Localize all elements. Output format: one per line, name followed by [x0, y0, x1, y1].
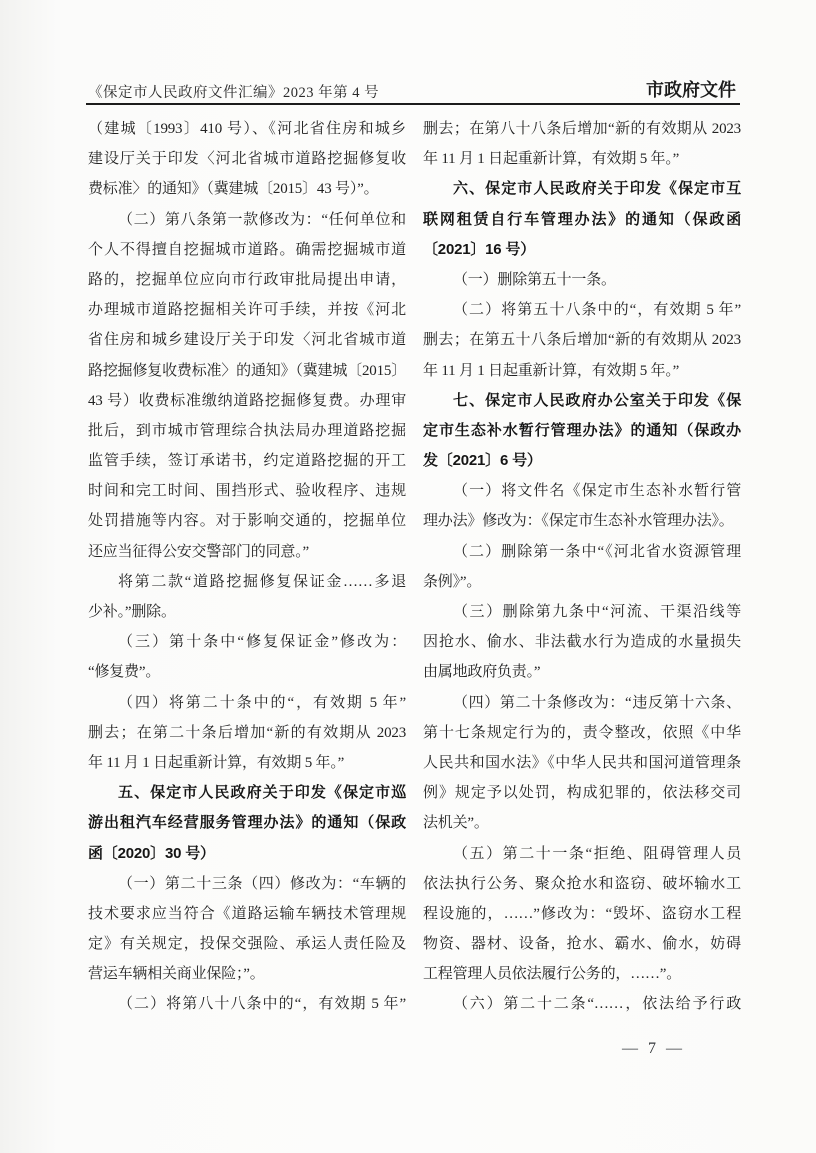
section-label: 市政府文件: [646, 76, 738, 102]
document-title-line: 游出租汽车经营服务管理办法》的通知（保政: [88, 808, 406, 838]
text-line: 时间和完工时间、围挡形式、验收程序、违规: [88, 476, 406, 506]
page-header: 《保定市人民政府文件汇编》2023 年第 4 号 市政府文件: [88, 76, 738, 102]
text-line: （一）将文件名《保定市生态补水暂行管: [423, 476, 741, 506]
text-line: 还应当征得公安交警部门的同意。”: [88, 537, 406, 567]
text-line: （二）将第五十八条中的“，有效期 5 年”: [423, 295, 741, 325]
document-title-line: 定市生态补水暂行管理办法》的通知（保政办: [423, 416, 741, 446]
text-line: 省住房和城乡建设厅关于印发〈河北省城市道: [88, 325, 406, 355]
text-line: 物资、器材、设备，抢水、霸水、偷水，妨碍: [423, 929, 741, 959]
text-line: 营运车辆相关商业保险；”。: [88, 959, 406, 989]
text-line: 43 号）收费标准缴纳道路挖掘修复费。办理审: [88, 386, 406, 416]
text-line: 将第二款“道路挖掘修复保证金……多退: [88, 567, 406, 597]
document-page: 《保定市人民政府文件汇编》2023 年第 4 号 市政府文件 （建城〔1993〕…: [0, 0, 816, 1153]
text-line: 删去；在第二十条后增加“新的有效期从 2023: [88, 718, 406, 748]
text-line: 第十七条规定行为的，责令整改，依照《中华: [423, 718, 741, 748]
text-line: （二）第八条第一款修改为：“任何单位和: [88, 205, 406, 235]
text-line: 定》有关规定，投保交强险、承运人责任险及: [88, 929, 406, 959]
text-line: 处罚措施等内容。对于影响交通的，挖掘单位: [88, 506, 406, 536]
text-line: （六）第二十二条“……，依法给予行政: [423, 989, 741, 1019]
text-line: （一）删除第五十一条。: [423, 265, 741, 295]
text-line: 路的，挖掘单位应向市行政审批局提出申请，: [88, 265, 406, 295]
text-line: （二）删除第一条中“《河北省水资源管理: [423, 537, 741, 567]
document-title-line: 〔2021〕16 号）: [423, 235, 741, 265]
text-line: 人民共和国水法》《中华人民共和国河道管理条: [423, 748, 741, 778]
document-title-line: 五、保定市人民政府关于印发《保定市巡: [88, 778, 406, 808]
text-line: 法机关”。: [423, 808, 741, 838]
text-line: 理办法》修改为：《保定市生态补水管理办法》。: [423, 506, 741, 536]
text-line: “修复费”。: [88, 657, 406, 687]
text-line: 个人不得擅自挖掘城市道路。确需挖掘城市道: [88, 235, 406, 265]
text-line: 技术要求应当符合《道路运输车辆技术管理规: [88, 899, 406, 929]
text-line: （建城〔1993〕410 号）、《河北省住房和城乡: [88, 114, 406, 144]
text-line: （三）删除第九条中“河流、干渠沿线等: [423, 597, 741, 627]
text-line: 路挖掘修复收费标准〉的通知》（冀建城〔2015〕: [88, 356, 406, 386]
text-line: 程设施的，……”修改为：“毁坏、盗窃水工程: [423, 899, 741, 929]
text-line: （四）第二十条修改为：“违反第十六条、: [423, 688, 741, 718]
document-title-line: 发〔2021〕6 号）: [423, 446, 741, 476]
text-line: 由属地政府负责。”: [423, 657, 741, 687]
text-line: （四）将第二十条中的“，有效期 5 年”: [88, 688, 406, 718]
text-line: （三）第十条中“修复保证金”修改为：: [88, 627, 406, 657]
document-body: （建城〔1993〕410 号）、《河北省住房和城乡 建设厅关于印发〈河北省城市道…: [88, 114, 741, 1020]
text-line: 例》规定予以处罚，构成犯罪的，依法移交司: [423, 778, 741, 808]
text-line: 费标准〉的通知》（冀建城〔2015〕43 号）”。: [88, 174, 406, 204]
text-line: 删去；在第五十八条后增加“新的有效期从 2023: [423, 325, 741, 355]
text-line: 条例》”。: [423, 567, 741, 597]
header-divider: [86, 103, 740, 105]
text-line: （五）第二十一条“拒绝、阻碍管理人员: [423, 839, 741, 869]
document-title-line: 七、保定市人民政府办公室关于印发《保: [423, 386, 741, 416]
text-line: 建设厅关于印发〈河北省城市道路挖掘修复收: [88, 144, 406, 174]
text-line: 少补。”删除。: [88, 597, 406, 627]
text-line: 监管手续，签订承诺书，约定道路挖掘的开工: [88, 446, 406, 476]
text-line: （二）将第八十八条中的“，有效期 5 年”: [88, 989, 406, 1019]
text-line: 删去；在第八十八条后增加“新的有效期从 2023: [423, 114, 741, 144]
document-title-line: 联网租赁自行车管理办法》的通知（保政函: [423, 205, 741, 235]
text-line: 批后，到市城市管理综合执法局办理道路挖掘: [88, 416, 406, 446]
page-number: — 7 —: [622, 1040, 685, 1058]
text-line: 办理城市道路挖掘相关许可手续，并按《河北: [88, 295, 406, 325]
text-line: 年 11 月 1 日起重新计算，有效期 5 年。”: [423, 356, 741, 386]
document-title-line: 函〔2020〕30 号）: [88, 839, 406, 869]
document-title-line: 六、保定市人民政府关于印发《保定市互: [423, 174, 741, 204]
journal-title: 《保定市人民政府文件汇编》2023 年第 4 号: [88, 81, 379, 102]
left-column: （建城〔1993〕410 号）、《河北省住房和城乡 建设厅关于印发〈河北省城市道…: [88, 114, 406, 1020]
text-line: 年 11 月 1 日起重新计算，有效期 5 年。”: [423, 144, 741, 174]
text-line: （一）第二十三条（四）修改为：“车辆的: [88, 869, 406, 899]
text-line: 工程管理人员依法履行公务的，……”。: [423, 959, 741, 989]
text-line: 依法执行公务、聚众抢水和盗窃、破坏输水工: [423, 869, 741, 899]
text-line: 因抢水、偷水、非法截水行为造成的水量损失: [423, 627, 741, 657]
right-column: 删去；在第八十八条后增加“新的有效期从 2023 年 11 月 1 日起重新计算…: [423, 114, 741, 1020]
text-line: 年 11 月 1 日起重新计算，有效期 5 年。”: [88, 748, 406, 778]
